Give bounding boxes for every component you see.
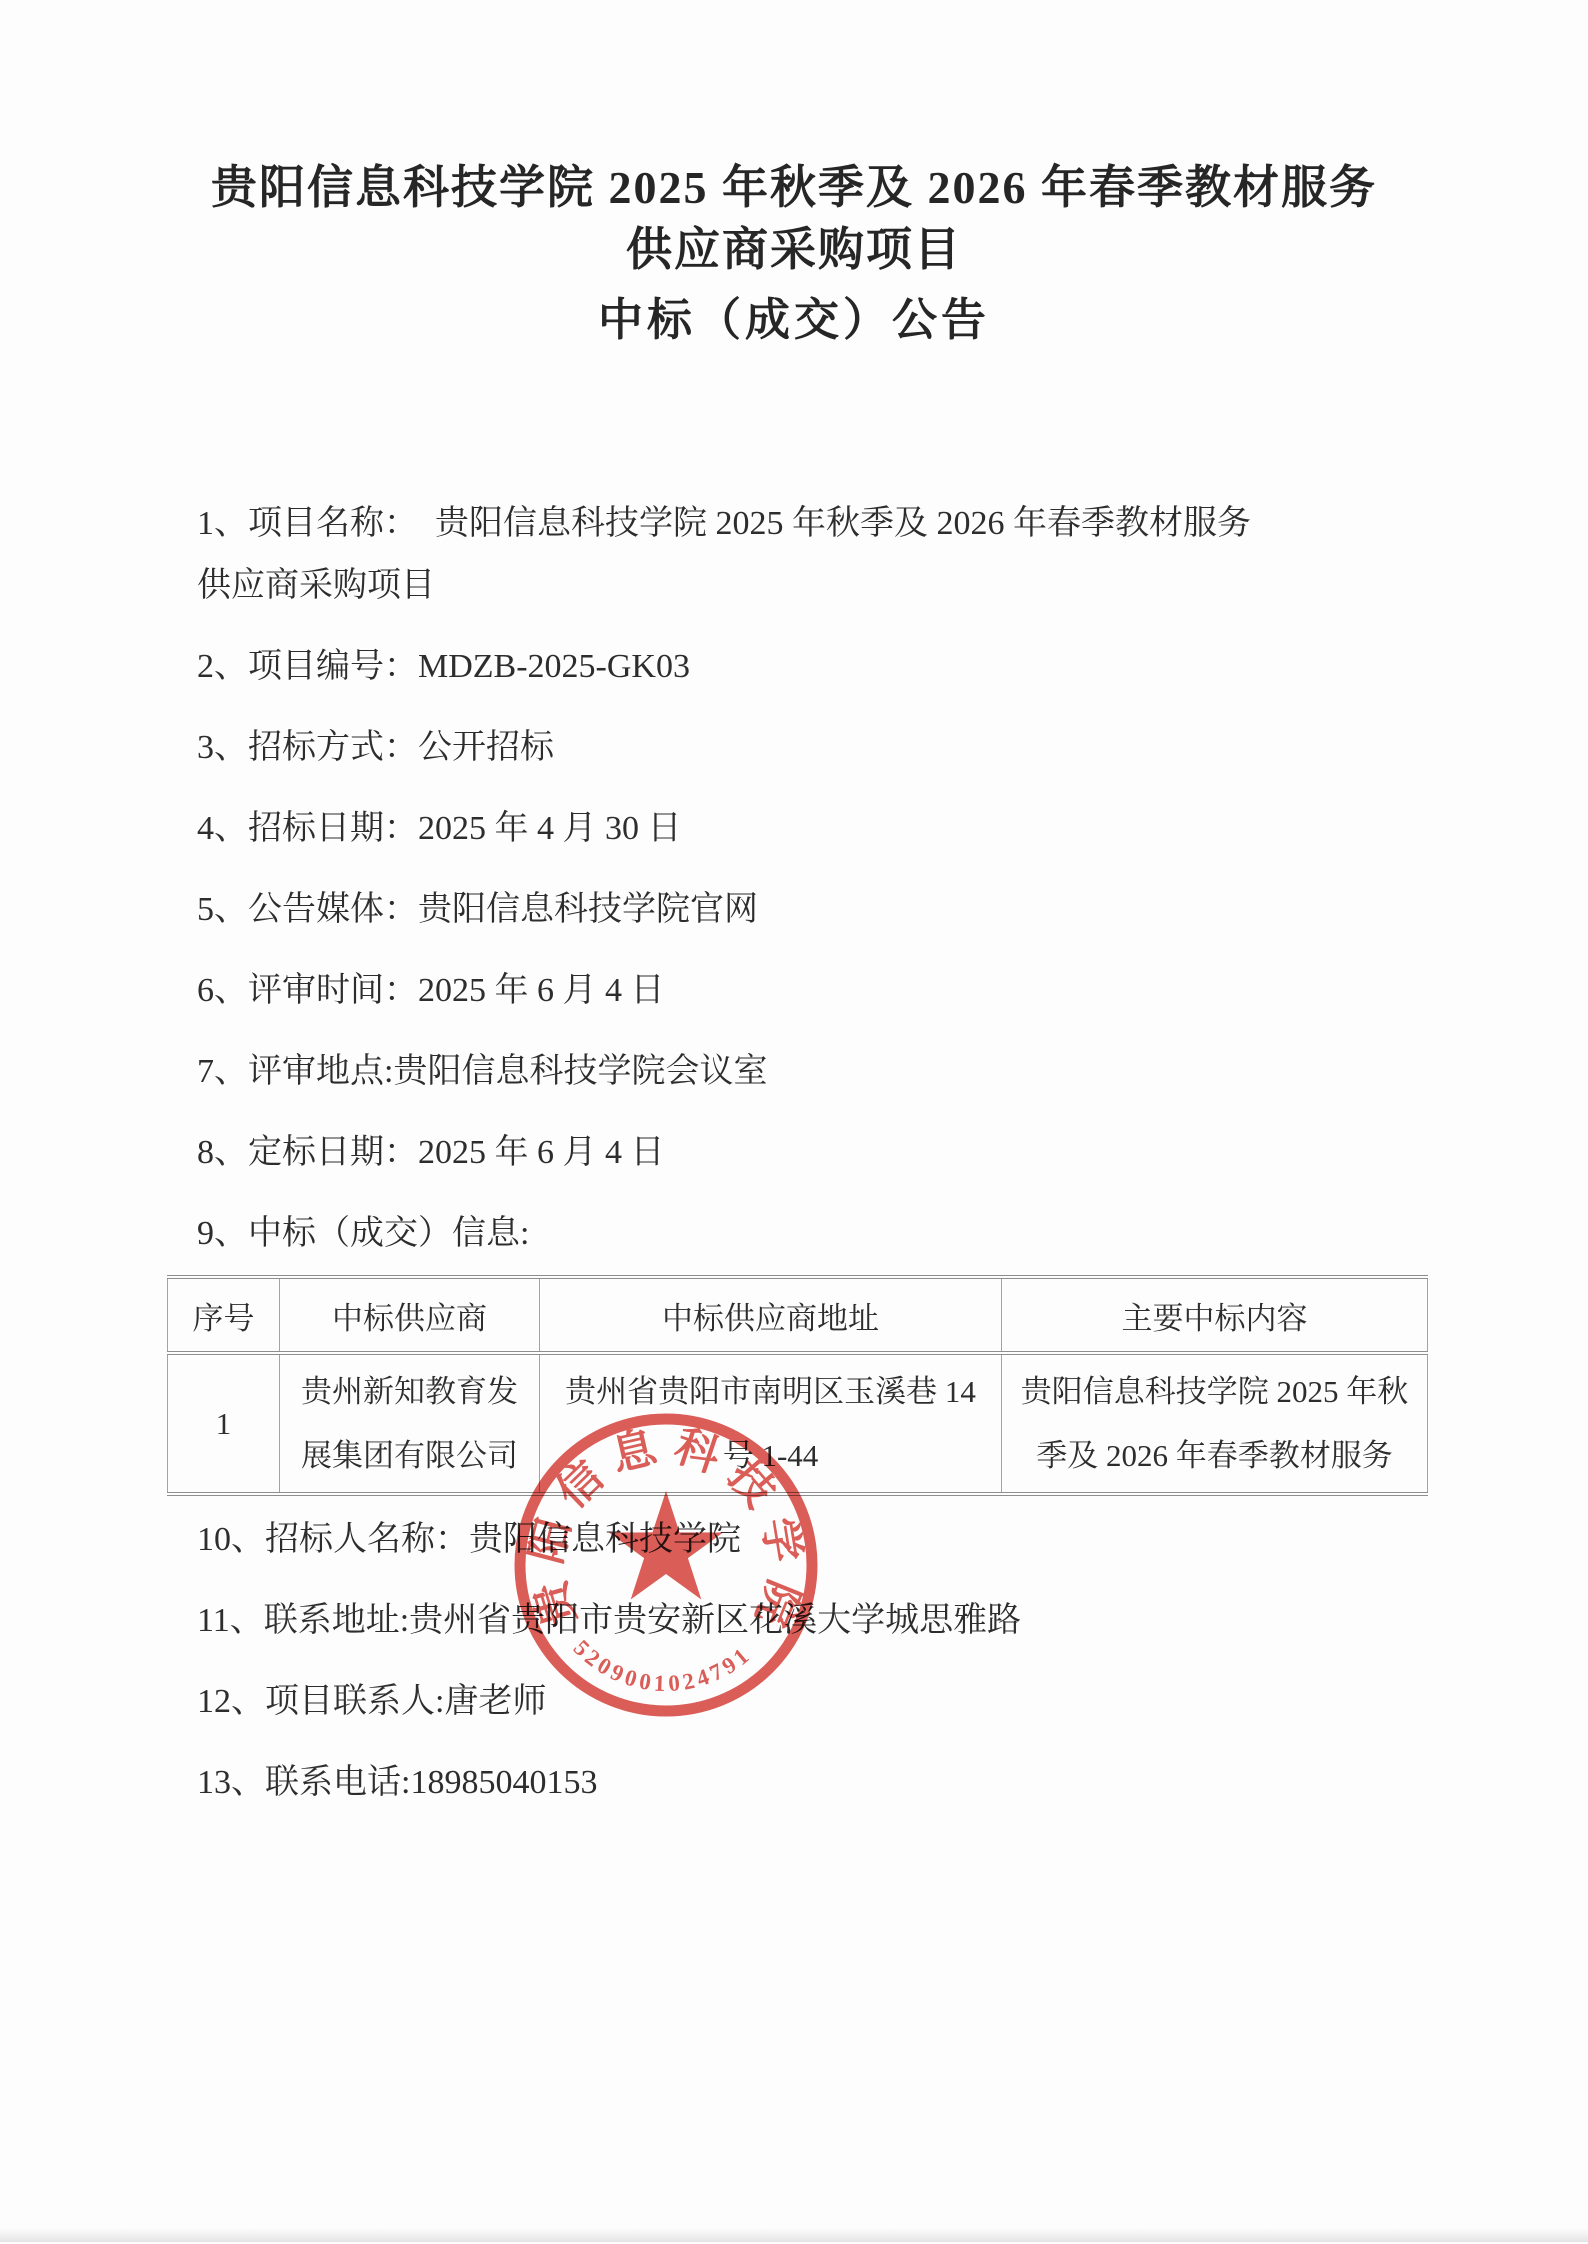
notice-item-line: 6、评审时间：2025 年 6 月 4 日 (197, 960, 1407, 1022)
supplier-cell: 贵州新知教育发 展集团有限公司 (280, 1353, 540, 1494)
notice-item-8: 8、定标日期：2025 年 6 月 4 日 (197, 1122, 1407, 1184)
notice-item-13: 13、联系电话:18985040153 (197, 1752, 1407, 1814)
notice-item-line: 1、项目名称： 贵阳信息科技学院 2025 年秋季及 2026 年春季教材服务 (197, 493, 1407, 555)
serial-value: 1 (168, 1392, 279, 1456)
award-table: 序号 中标供应商 中标供应商地址 主要中标内容 1 贵州新知教育发 展集团有限公… (167, 1275, 1428, 1496)
notice-item-10: 10、招标人名称：贵阳信息科技学院 (197, 1509, 1407, 1571)
notice-item-3: 3、招标方式：公开招标 (197, 717, 1407, 779)
address-cell: 贵州省贵阳市南明区玉溪巷 14 号 1-44 (540, 1353, 1002, 1494)
supplier-line: 展集团有限公司 (280, 1424, 539, 1488)
content-line: 贵阳信息科技学院 2025 年秋 (1002, 1360, 1427, 1424)
notice-item-line: 5、公告媒体：贵阳信息科技学院官网 (197, 879, 1407, 941)
notice-items-bottom: 10、招标人名称：贵阳信息科技学院 11、联系地址:贵州省贵阳市贵安新区花溪大学… (197, 1509, 1407, 1833)
notice-item-11: 11、联系地址:贵州省贵阳市贵安新区花溪大学城思雅路 (197, 1590, 1407, 1652)
notice-item-line: 11、联系地址:贵州省贵阳市贵安新区花溪大学城思雅路 (197, 1590, 1407, 1652)
header-serial: 序号 (168, 1277, 280, 1353)
award-table-header-row: 序号 中标供应商 中标供应商地址 主要中标内容 (168, 1277, 1428, 1353)
notice-item-1: 1、项目名称： 贵阳信息科技学院 2025 年秋季及 2026 年春季教材服务 … (197, 493, 1407, 617)
address-line: 号 1-44 (540, 1424, 1001, 1488)
notice-item-line: 10、招标人名称：贵阳信息科技学院 (197, 1509, 1407, 1571)
award-table-row: 1 贵州新知教育发 展集团有限公司 贵州省贵阳市南明区玉溪巷 14 号 1-44… (168, 1353, 1428, 1494)
address-line: 贵州省贵阳市南明区玉溪巷 14 (540, 1360, 1001, 1424)
notice-item-line: 供应商采购项目 (197, 555, 1407, 617)
notice-item-line: 7、评审地点:贵阳信息科技学院会议室 (197, 1041, 1407, 1103)
notice-item-2: 2、项目编号：MDZB-2025-GK03 (197, 636, 1407, 698)
main-title-line-2: 供应商采购项目 (0, 213, 1588, 279)
announcement-title: 中标（成交）公告 (0, 283, 1588, 348)
header-supplier: 中标供应商 (280, 1277, 540, 1353)
content-line: 季及 2026 年春季教材服务 (1002, 1424, 1427, 1488)
serial-cell: 1 (168, 1353, 280, 1494)
scan-edge-shadow (0, 2228, 1588, 2242)
main-title-line-1: 贵阳信息科技学院 2025 年秋季及 2026 年春季教材服务 (0, 151, 1588, 217)
notice-item-6: 6、评审时间：2025 年 6 月 4 日 (197, 960, 1407, 1022)
notice-item-line: 4、招标日期：2025 年 4 月 30 日 (197, 798, 1407, 860)
supplier-line: 贵州新知教育发 (280, 1360, 539, 1424)
notice-item-7: 7、评审地点:贵阳信息科技学院会议室 (197, 1041, 1407, 1103)
notice-item-line: 9、中标（成交）信息: (197, 1203, 1407, 1265)
notice-item-5: 5、公告媒体：贵阳信息科技学院官网 (197, 879, 1407, 941)
notice-item-12: 12、项目联系人:唐老师 (197, 1671, 1407, 1733)
notice-items-top: 1、项目名称： 贵阳信息科技学院 2025 年秋季及 2026 年春季教材服务 … (197, 493, 1407, 1284)
notice-item-line: 2、项目编号：MDZB-2025-GK03 (197, 636, 1407, 698)
notice-item-line: 3、招标方式：公开招标 (197, 717, 1407, 779)
notice-item-9: 9、中标（成交）信息: (197, 1203, 1407, 1265)
scanned-announcement-page: 贵阳信息科技学院 2025 年秋季及 2026 年春季教材服务 供应商采购项目 … (0, 0, 1588, 2244)
notice-item-line: 12、项目联系人:唐老师 (197, 1671, 1407, 1733)
notice-item-4: 4、招标日期：2025 年 4 月 30 日 (197, 798, 1407, 860)
header-award-content: 主要中标内容 (1002, 1277, 1428, 1353)
notice-item-line: 13、联系电话:18985040153 (197, 1752, 1407, 1814)
content-cell: 贵阳信息科技学院 2025 年秋 季及 2026 年春季教材服务 (1002, 1353, 1428, 1494)
notice-item-line: 8、定标日期：2025 年 6 月 4 日 (197, 1122, 1407, 1184)
header-supplier-address: 中标供应商地址 (540, 1277, 1002, 1353)
